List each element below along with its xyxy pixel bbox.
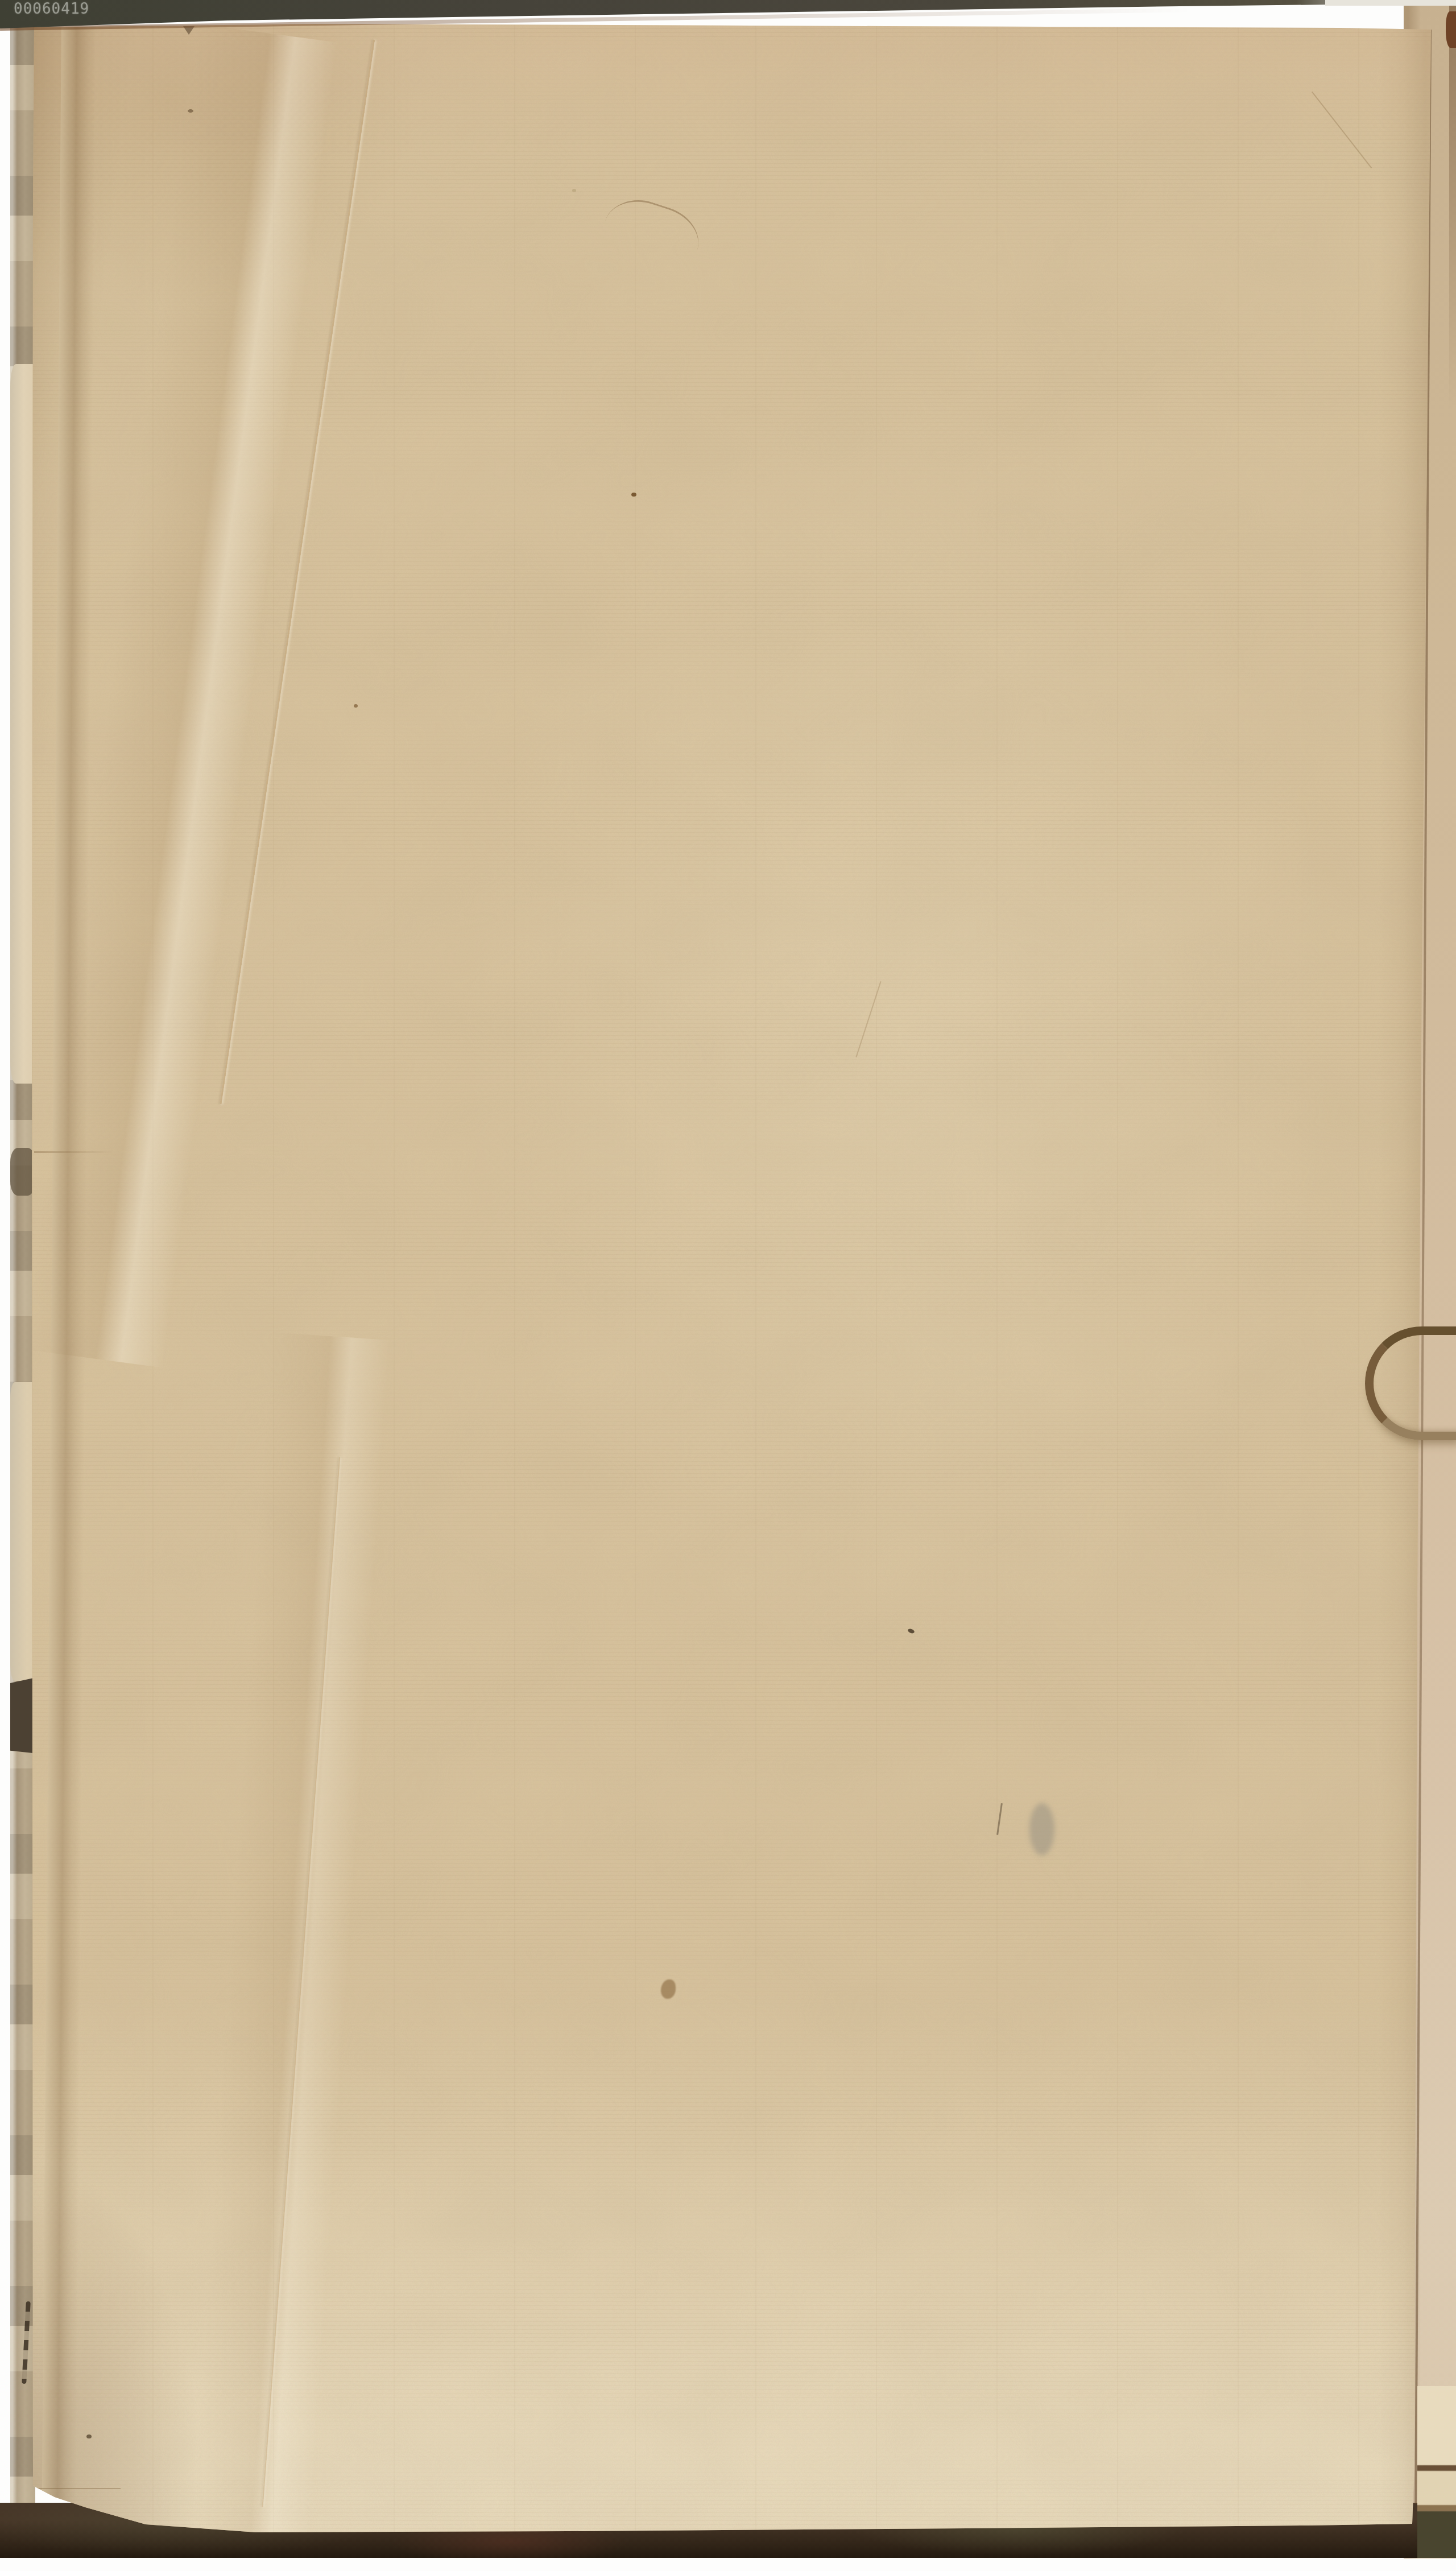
blank-book-page bbox=[32, 24, 1432, 2538]
crease-line bbox=[34, 1151, 114, 1153]
paper-speck bbox=[572, 189, 576, 192]
right-edge-shadow bbox=[1449, 0, 1456, 410]
scanned-book-photo: { "scan": { "stamp": { "id": "00060419" … bbox=[0, 0, 1456, 2571]
scan-id-stamp: 00060419 bbox=[14, 2, 89, 16]
paper-speck bbox=[354, 704, 358, 708]
right-edge-dark-notch bbox=[1446, 11, 1456, 48]
left-gap-dark-patch bbox=[10, 1148, 35, 1196]
crease-line bbox=[35, 2488, 121, 2489]
bottom-right-page-edges bbox=[1417, 2386, 1456, 2558]
paper-speck bbox=[86, 2434, 92, 2438]
paper-speck bbox=[188, 109, 193, 113]
scanner-top-edge bbox=[1325, 0, 1456, 6]
paper-speck bbox=[631, 493, 636, 497]
gray-smudge bbox=[1029, 1803, 1054, 1855]
